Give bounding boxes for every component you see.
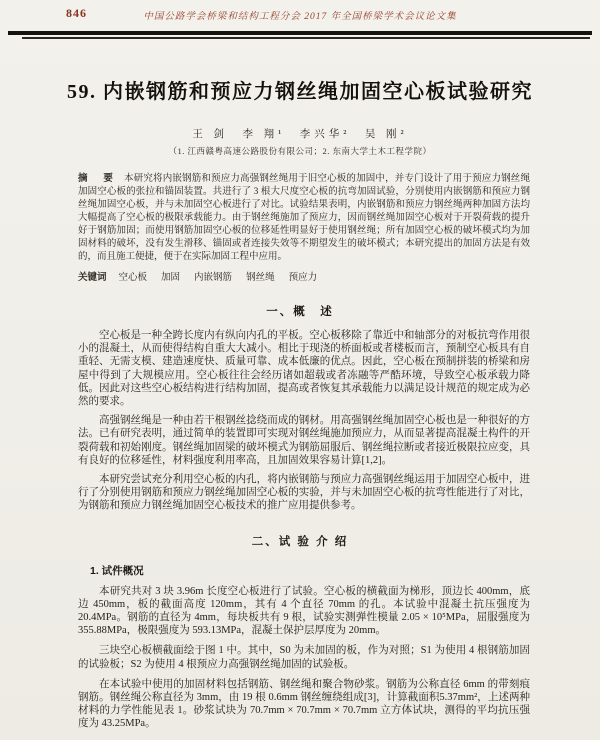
body-paragraph: 高强钢丝绳是一种由若干根钢丝捻绕而成的钢材。用高强钢丝绳加固空心板也是一种很好的… <box>78 414 530 467</box>
body-paragraph: 本研究尝试充分利用空心板的内孔，将内嵌钢筋与预应力高强钢丝绳运用于加固空心板中，… <box>78 473 530 513</box>
affiliation-line: （1. 江西赣粤高速公路股份有限公司；2. 东南大学土木工程学院） <box>0 145 600 157</box>
keyword-item: 加固 <box>161 273 180 283</box>
keyword-item: 钢丝绳 <box>246 273 275 283</box>
subsection-heading-specimens: 1. 试件概况 <box>90 563 530 578</box>
header-rule-thick <box>8 31 592 35</box>
body-paragraph: 本研究共对 3 块 3.96m 长度空心板进行了试验。空心板的横截面为梯形，顶边… <box>78 585 530 638</box>
keywords-label: 关键词 <box>78 272 107 283</box>
abstract-label: 摘 要 <box>78 173 116 184</box>
abstract-text: 本研究将内嵌钢筋和预应力高强钢丝绳用于旧空心板的加固中，并专门设计了用于预应力钢… <box>78 174 530 262</box>
section-experiment: 二、试 验 介 绍 1. 试件概况 本研究共对 3 块 3.96m 长度空心板进… <box>0 533 600 731</box>
body-paragraph: 空心板是一种全跨长度内有纵向内孔的平板。空心板移除了靠近中和轴部分的对板抗弯作用… <box>78 329 530 408</box>
keyword-item: 内嵌钢筋 <box>194 273 232 283</box>
authors-line: 王 剑 李 翔¹ 李兴华² 吴 刚² <box>0 126 600 141</box>
body-paragraph: 三块空心板横截面绘于图 1 中。其中，S0 为未加固的板，作为对照；S1 为使用… <box>78 644 530 670</box>
section-heading-experiment: 二、试 验 介 绍 <box>0 533 600 549</box>
section-overview: 一、概 述 空心板是一种全跨长度内有纵向内孔的平板。空心板移除了靠近中和轴部分的… <box>0 303 600 513</box>
page-number: 846 <box>66 6 87 21</box>
body-paragraph: 在本试验中使用的加固材料包括钢筋、钢丝绳和聚合物砂浆。钢筋为公称直径 6mm 的… <box>78 678 530 731</box>
keyword-item: 预应力 <box>289 273 318 283</box>
scanned-paper-page: 846 中国公路学会桥梁和结构工程分会 2017 年全国桥梁学术会议论文集 59… <box>0 0 600 740</box>
abstract-block: 摘 要本研究将内嵌钢筋和预应力高强钢丝绳用于旧空心板的加固中，并专门设计了用于预… <box>78 172 530 264</box>
proceedings-title: 中国公路学会桥梁和结构工程分会 2017 年全国桥梁学术会议论文集 <box>143 12 456 22</box>
section-heading-overview: 一、概 述 <box>0 303 600 319</box>
header-rule <box>8 31 592 39</box>
header-rule-thin <box>22 37 590 39</box>
keyword-item: 空心板 <box>119 273 148 283</box>
keywords-line: 关键词空心板加固内嵌钢筋钢丝绳预应力 <box>78 269 530 283</box>
paper-title: 59. 内嵌钢筋和预应力钢丝绳加固空心板试验研究 <box>40 75 560 104</box>
running-head: 846 中国公路学会桥梁和结构工程分会 2017 年全国桥梁学术会议论文集 <box>0 0 600 28</box>
